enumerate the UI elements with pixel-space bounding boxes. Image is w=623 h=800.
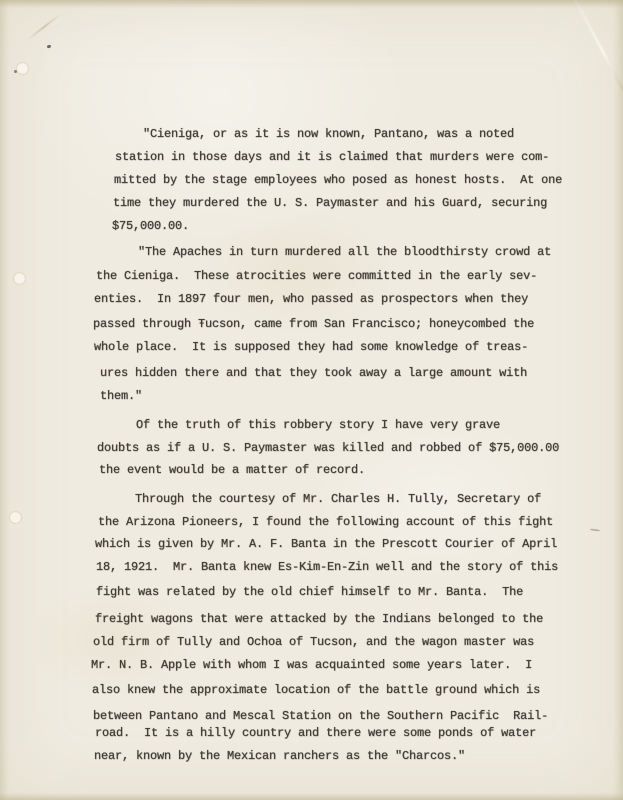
text-line: which is given by Mr. A. F. Banta in the… [95,538,557,551]
typewritten-text: "Cieniga, or as it is now known, Pantano… [0,0,623,800]
text-line: Through the courtesy of Mr. Charles H. T… [135,493,541,506]
punch-hole [15,61,30,76]
text-line: passed through Ŧucson, came from San Fra… [93,318,534,331]
punch-hole [12,271,27,286]
text-line: Of the truth of this robbery story I hav… [136,419,500,432]
text-line: the Arizona Pioneers, I found the follow… [98,516,553,529]
punch-hole [8,510,23,525]
text-line: enties. In 1897 four men, who passed as … [94,293,528,306]
text-line: 18, 1921. Mr. Banta knew Es-Kim-En-Zin w… [96,561,558,574]
text-line: between Pantano and Mescal Station on th… [93,710,548,723]
text-line: Mr. N. B. Apple with whom I was acquaint… [91,659,532,672]
text-line: the event would be a matter of record. [99,464,365,477]
text-line: the Cieniga. These atrocities were commi… [96,270,537,283]
text-line: them." [100,390,142,403]
scanned-page: "Cieniga, or as it is now known, Pantano… [0,0,623,800]
text-line: mitted by the stage employees who posed … [114,174,562,187]
text-line: old firm of Tully and Ochoa of Tucson, a… [93,636,534,649]
text-line: ures hidden there and that they took awa… [100,367,527,380]
text-line: freight wagons that were attacked by the… [95,613,543,626]
text-line: doubts as if a U. S. Paymaster was kille… [97,442,559,455]
text-line: fight was related by the old chief himse… [96,586,523,599]
text-line: $75,000.00. [112,220,189,233]
text-line: station in those days and it is claimed … [115,151,549,164]
text-line: road. It is a hilly country and there we… [95,727,536,740]
text-line: "Cieniga, or as it is now known, Pantano… [143,128,514,141]
text-line: time they murdered the U. S. Paymaster a… [113,197,547,210]
text-line: also knew the approximate location of th… [92,684,540,697]
text-line: whole place. It is supposed they had som… [94,341,528,354]
ink-speck [14,70,17,73]
text-line: near, known by the Mexican ranchers as t… [94,750,465,763]
text-line: "The Apaches in turn murdered all the bl… [138,246,551,259]
